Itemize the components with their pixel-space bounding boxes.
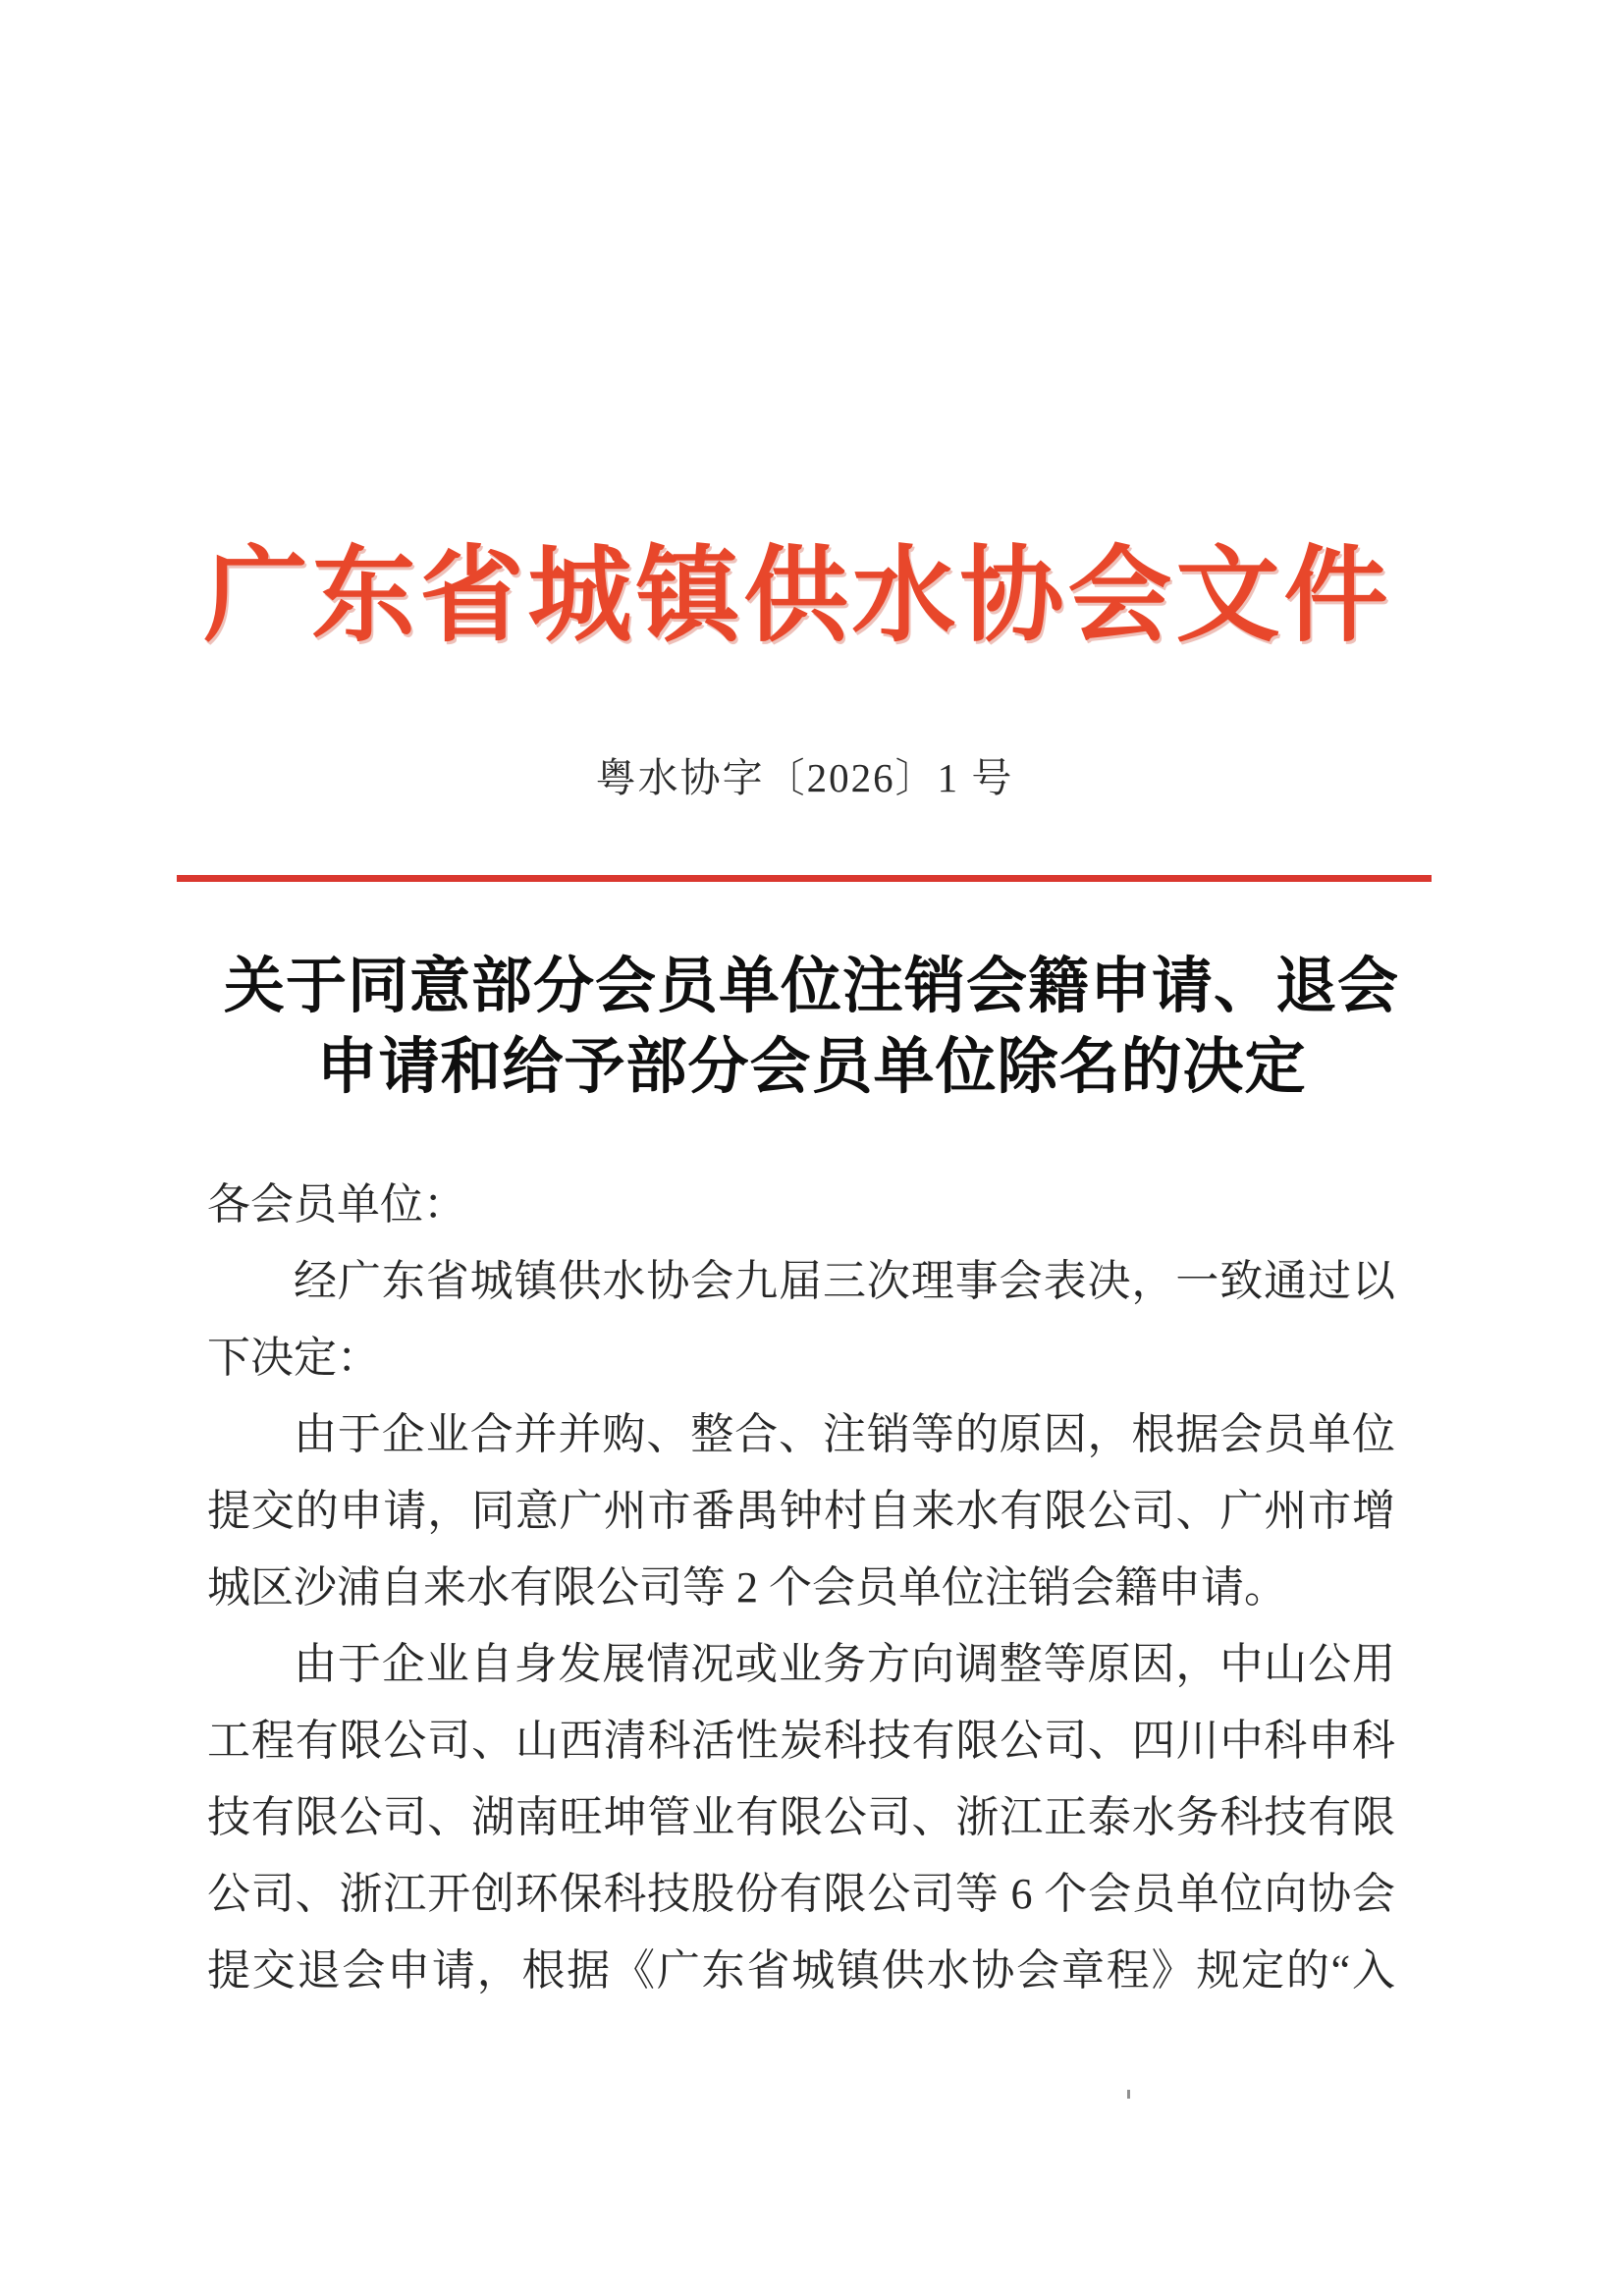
document-title-line2: 申请和给予部分会员单位除名的决定 — [0, 1027, 1623, 1108]
document-page: 广东省城镇供水协会文件 粤水协字〔2026〕1 号 关于同意部分会员单位注销会籍… — [0, 0, 1623, 2296]
body-line: 提交退会申请，根据《广东省城镇供水协会章程》规定的“入 — [207, 1933, 1395, 2009]
document-body: 各会员单位：经广东省城镇供水协会九届三次理事会表决，一致通过以下决定：由于企业合… — [207, 1167, 1395, 2009]
scan-speck — [1127, 2090, 1130, 2099]
body-line: 公司、浙江开创环保科技股份有限公司等 6 个会员单位向协会 — [207, 1856, 1395, 1933]
body-line: 各会员单位： — [207, 1167, 1395, 1243]
body-line: 提交的申请，同意广州市番禺钟村自来水有限公司、广州市增 — [207, 1473, 1395, 1550]
body-line: 工程有限公司、山西清科活性炭科技有限公司、四川中科申科 — [207, 1703, 1395, 1779]
body-line: 城区沙浦自来水有限公司等 2 个会员单位注销会籍申请。 — [207, 1550, 1395, 1626]
body-line: 技有限公司、湖南旺坤管业有限公司、浙江正泰水务科技有限 — [207, 1779, 1395, 1856]
red-divider-line — [177, 875, 1432, 882]
body-line: 由于企业自身发展情况或业务方向调整等原因，中山公用 — [207, 1626, 1395, 1703]
document-title-line1: 关于同意部分会员单位注销会籍申请、退会 — [0, 947, 1623, 1027]
doc-number: 粤水协字〔2026〕1 号 — [0, 754, 1616, 801]
document-title: 关于同意部分会员单位注销会籍申请、退会 申请和给予部分会员单位除名的决定 — [0, 947, 1623, 1108]
body-line: 下决定： — [207, 1320, 1395, 1396]
body-line: 由于企业合并并购、整合、注销等的原因，根据会员单位 — [207, 1396, 1395, 1473]
org-title: 广东省城镇供水协会文件 — [0, 528, 1609, 666]
body-line: 经广东省城镇供水协会九届三次理事会表决，一致通过以 — [207, 1243, 1395, 1320]
